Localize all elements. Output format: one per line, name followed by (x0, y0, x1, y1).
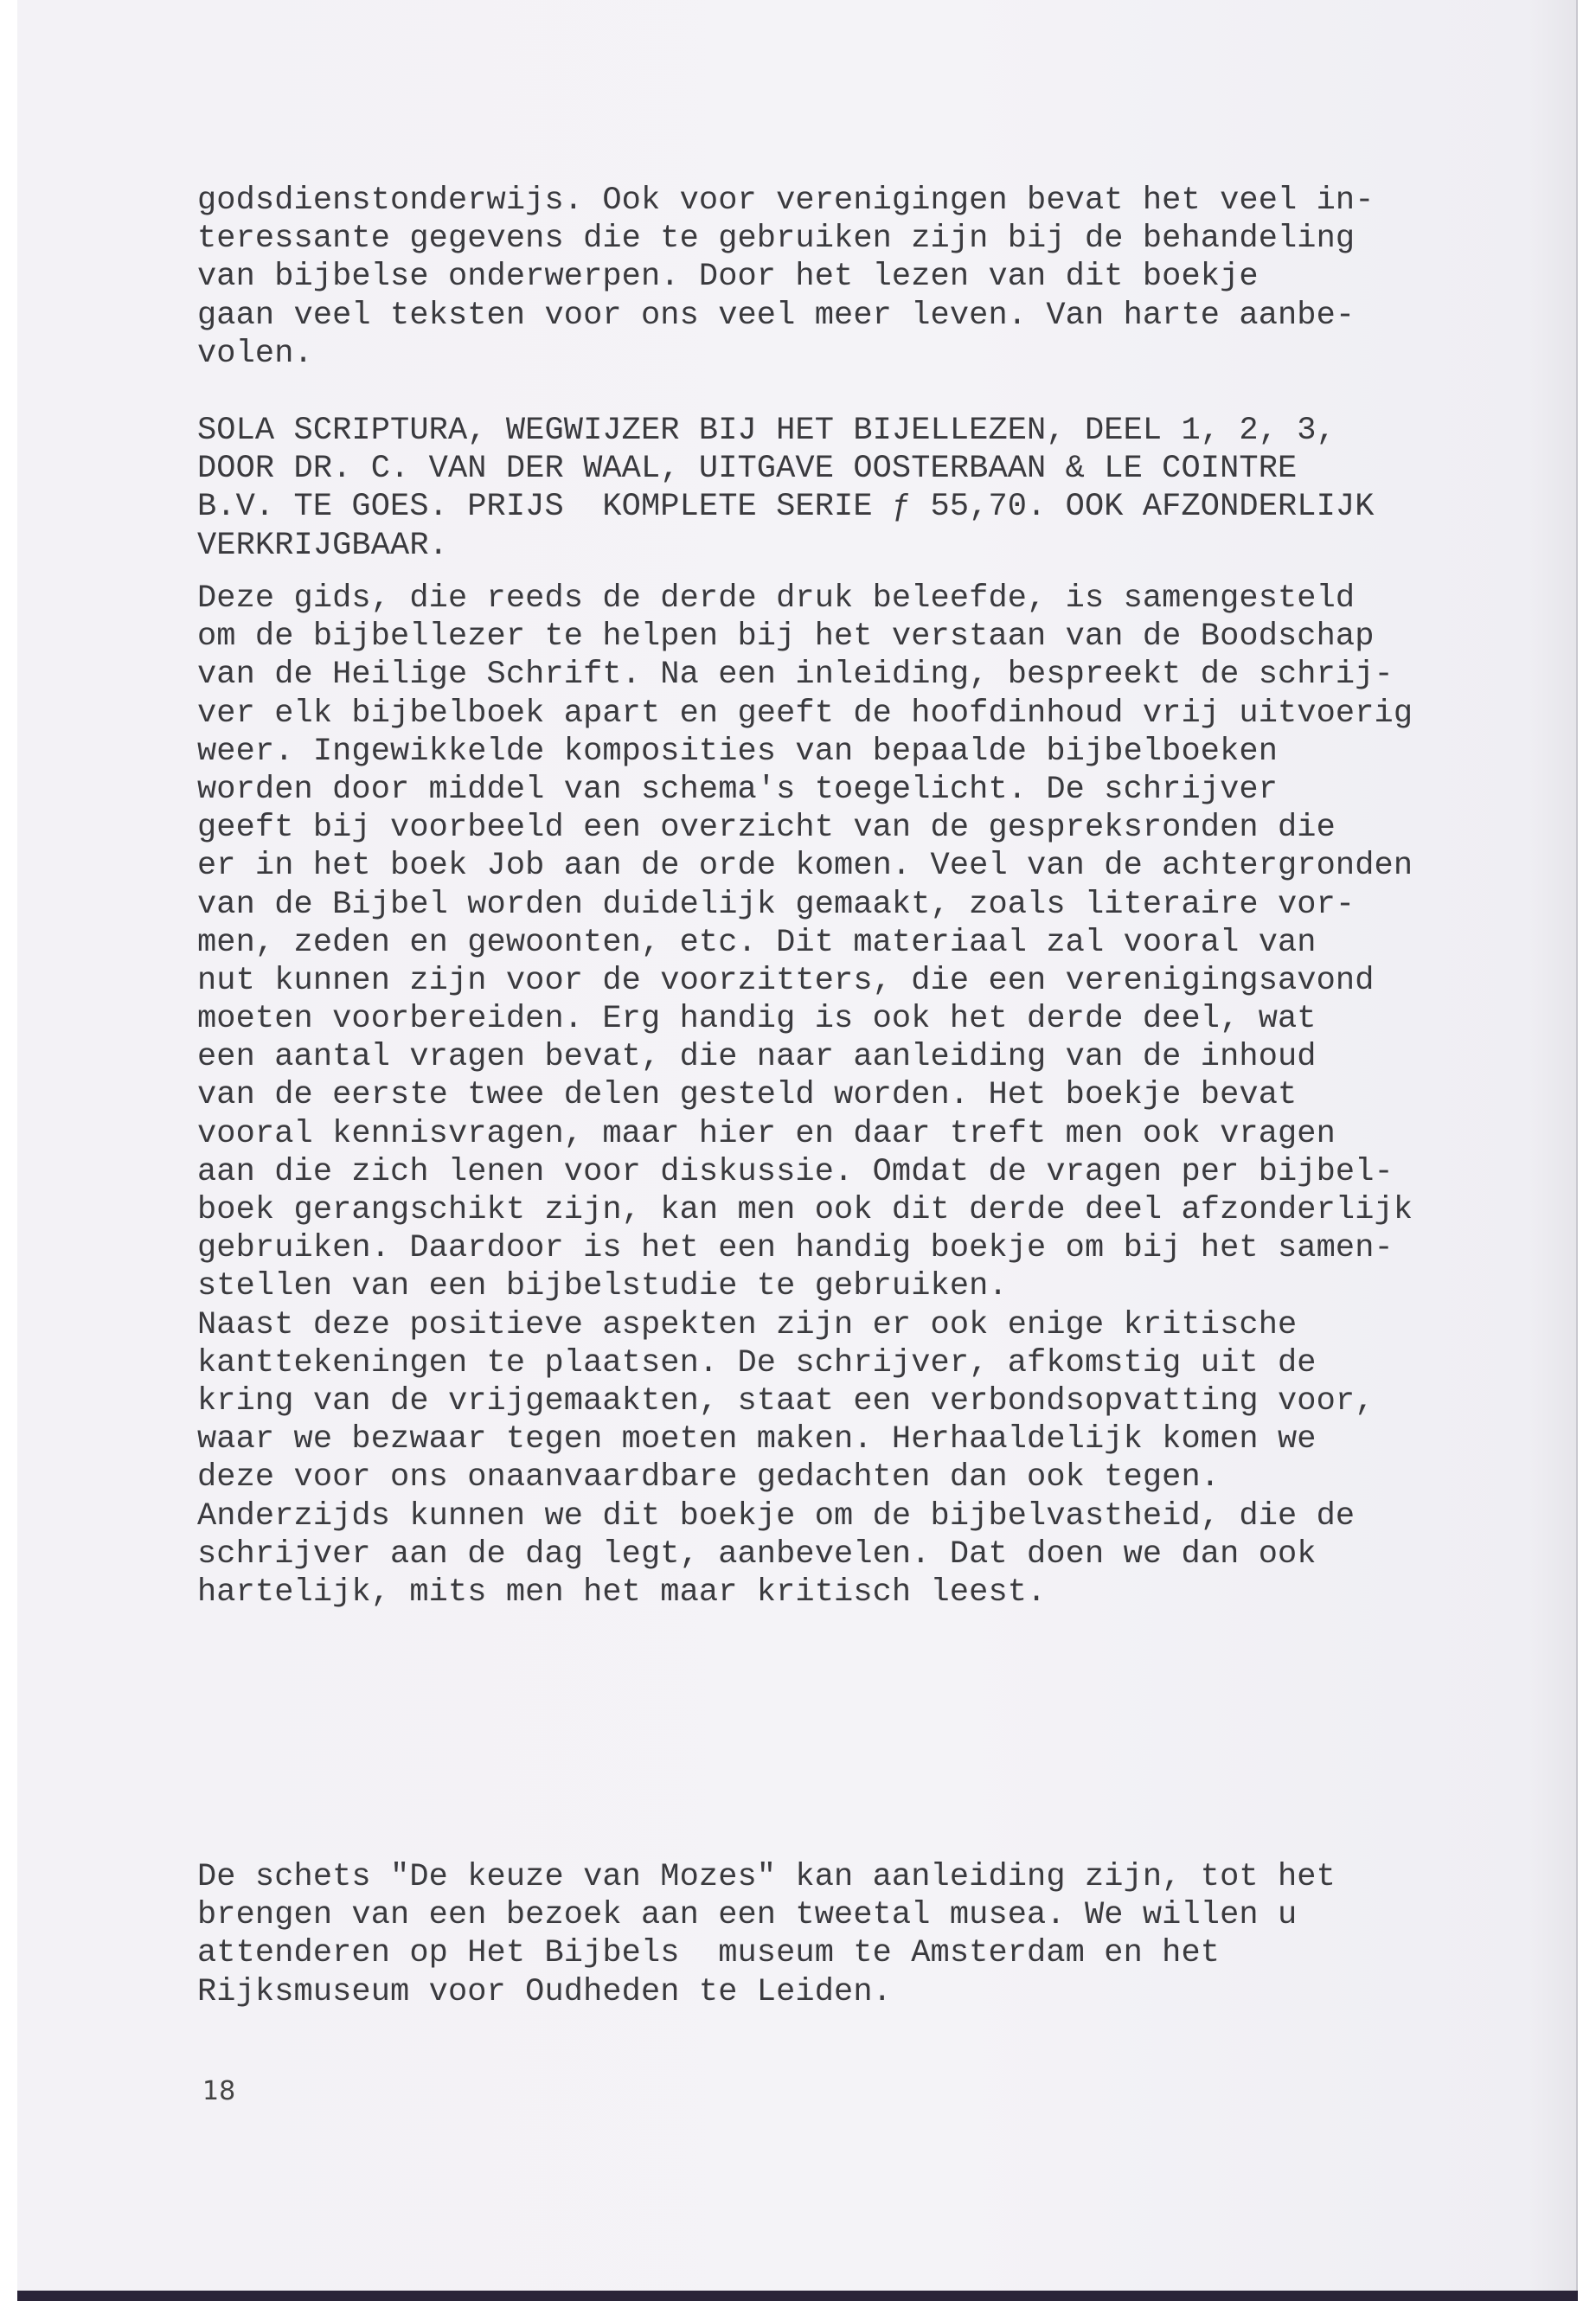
text-line: volen. (197, 335, 1375, 373)
text-line: De schets "De keuze van Mozes" kan aanle… (197, 1858, 1336, 1896)
text-line: hartelijk, mits men het maar kritisch le… (197, 1574, 1413, 1612)
text-line: brengen van een bezoek aan een tweetal m… (197, 1896, 1336, 1934)
text-line: gaan veel teksten voor ons veel meer lev… (197, 297, 1375, 335)
text-line: B.V. TE GOES. PRIJS KOMPLETE SERIE ƒ 55,… (197, 488, 1375, 526)
book-title-block: SOLA SCRIPTURA, WEGWIJZER BIJ HET BIJELL… (197, 412, 1375, 565)
text-line: deze voor ons onaanvaardbare gedachten d… (197, 1458, 1413, 1497)
text-line: stellen van een bijbelstudie te gebruike… (197, 1267, 1413, 1305)
text-line: godsdienstonderwijs. Ook voor vereniging… (197, 182, 1375, 220)
text-line: boek gerangschikt zijn, kan men ook dit … (197, 1191, 1413, 1229)
text-line: waar we bezwaar tegen moeten maken. Herh… (197, 1420, 1413, 1458)
text-line: Anderzijds kunnen we dit boekje om de bi… (197, 1497, 1413, 1535)
text-line: men, zeden en gewoonten, etc. Dit materi… (197, 924, 1413, 962)
text-line: DOOR DR. C. VAN DER WAAL, UITGAVE OOSTER… (197, 450, 1375, 488)
text-line: van de Heilige Schrift. Na een inleiding… (197, 656, 1413, 694)
book-review-paragraph: Deze gids, die reeds de derde druk belee… (197, 580, 1413, 1612)
museum-note-paragraph: De schets "De keuze van Mozes" kan aanle… (197, 1858, 1336, 2011)
text-line: schrijver aan de dag legt, aanbevelen. D… (197, 1535, 1413, 1574)
intro-paragraph: godsdienstonderwijs. Ook voor vereniging… (197, 182, 1375, 373)
page-number: 18 (202, 2076, 235, 2106)
text-line: nut kunnen zijn voor de voorzitters, die… (197, 962, 1413, 1000)
text-line: Rijksmuseum voor Oudheden te Leiden. (197, 1973, 1336, 2011)
scan-bottom-edge (17, 2291, 1578, 2301)
text-line: er in het boek Job aan de orde komen. Ve… (197, 847, 1413, 885)
text-line: Deze gids, die reeds de derde druk belee… (197, 580, 1413, 618)
text-line: kanttekeningen te plaatsen. De schrijver… (197, 1344, 1413, 1382)
text-line: geeft bij voorbeeld een overzicht van de… (197, 809, 1413, 847)
text-line: vooral kennisvragen, maar hier en daar t… (197, 1115, 1413, 1153)
text-line: aan die zich lenen voor diskussie. Omdat… (197, 1153, 1413, 1191)
text-line: SOLA SCRIPTURA, WEGWIJZER BIJ HET BIJELL… (197, 412, 1375, 450)
text-line: teressante gegevens die te gebruiken zij… (197, 220, 1375, 258)
text-line: kring van de vrijgemaakten, staat een ve… (197, 1382, 1413, 1420)
text-line: van bijbelse onderwerpen. Door het lezen… (197, 258, 1375, 296)
text-line: van de eerste twee delen gesteld worden.… (197, 1076, 1413, 1114)
text-line: VERKRIJGBAAR. (197, 527, 1375, 565)
text-line: Naast deze positieve aspekten zijn er oo… (197, 1306, 1413, 1344)
text-line: worden door middel van schema's toegelic… (197, 771, 1413, 809)
text-line: een aantal vragen bevat, die naar aanlei… (197, 1038, 1413, 1076)
text-line: weer. Ingewikkelde komposities van bepaa… (197, 733, 1413, 771)
text-line: attenderen op Het Bijbels museum te Amst… (197, 1934, 1336, 1972)
text-line: gebruiken. Daardoor is het een handig bo… (197, 1229, 1413, 1267)
text-line: moeten voorbereiden. Erg handig is ook h… (197, 1000, 1413, 1038)
text-line: ver elk bijbelboek apart en geeft de hoo… (197, 695, 1413, 733)
text-line: om de bijbellezer te helpen bij het vers… (197, 618, 1413, 656)
text-line: van de Bijbel worden duidelijk gemaakt, … (197, 886, 1413, 924)
